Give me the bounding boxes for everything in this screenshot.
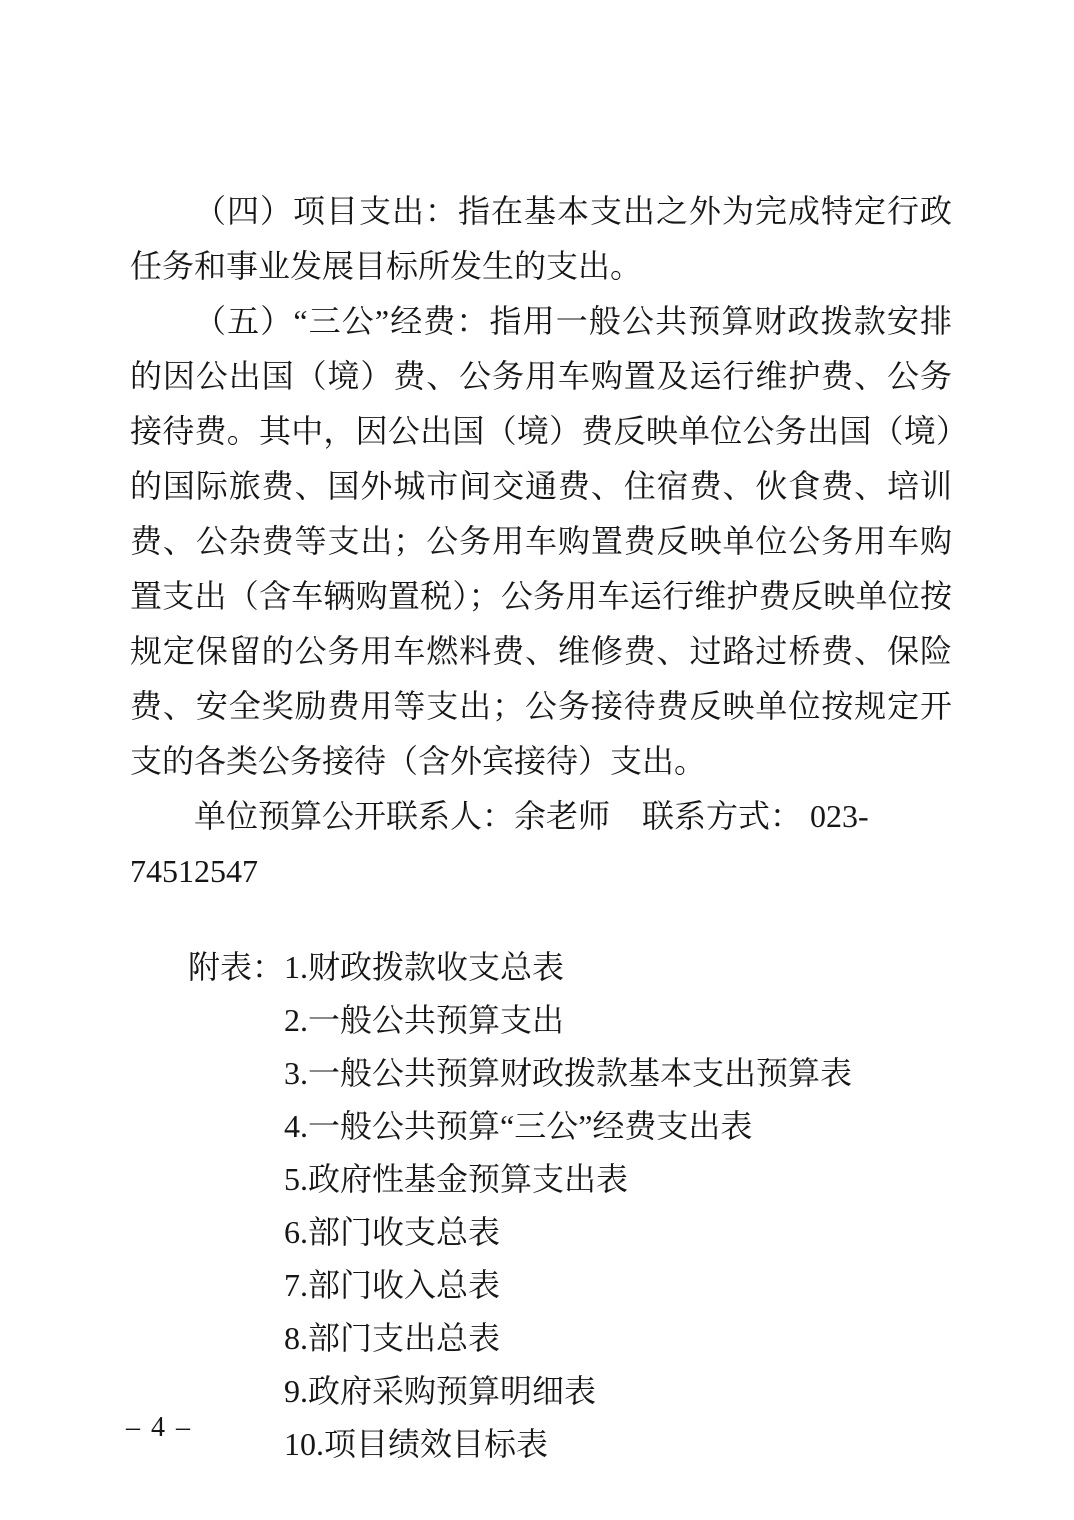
attachment-item: 2.一般公共预算支出 bbox=[284, 994, 952, 1047]
document-body: （四）项目支出：指在基本支出之外为完成特定行政任务和事业发展目标所发生的支出。 … bbox=[130, 184, 952, 1471]
attachment-item: 1.财政拨款收支总表 bbox=[284, 941, 952, 994]
attachment-items: 1.财政拨款收支总表 2.一般公共预算支出 3.一般公共预算财政拨款基本支出预算… bbox=[284, 941, 952, 1471]
paragraph-item-expenditure: （四）项目支出：指在基本支出之外为完成特定行政任务和事业发展目标所发生的支出。 bbox=[130, 184, 952, 294]
attachment-item: 5.政府性基金预算支出表 bbox=[284, 1153, 952, 1206]
attachment-item: 8.部门支出总表 bbox=[284, 1312, 952, 1365]
paragraph-three-public-funds: （五）“三公”经费：指用一般公共预算财政拨款安排的因公出国（境）费、公务用车购置… bbox=[130, 294, 952, 789]
attachment-item: 7.部门收入总表 bbox=[284, 1259, 952, 1312]
attachment-item: 9.政府采购预算明细表 bbox=[284, 1365, 952, 1418]
attachment-list: 附表： 1.财政拨款收支总表 2.一般公共预算支出 3.一般公共预算财政拨款基本… bbox=[188, 941, 952, 1471]
contact-line: 单位预算公开联系人：余老师 联系方式： 023-74512547 bbox=[130, 789, 952, 899]
attachment-item: 10.项目绩效目标表 bbox=[284, 1418, 952, 1471]
attachment-item: 4.一般公共预算“三公”经费支出表 bbox=[284, 1100, 952, 1153]
attachment-list-label: 附表： bbox=[188, 941, 284, 1471]
page-number: – 4 – bbox=[126, 1412, 192, 1444]
attachment-item: 6.部门收支总表 bbox=[284, 1206, 952, 1259]
attachment-item: 3.一般公共预算财政拨款基本支出预算表 bbox=[284, 1047, 952, 1100]
document-page: （四）项目支出：指在基本支出之外为完成特定行政任务和事业发展目标所发生的支出。 … bbox=[0, 0, 1074, 1520]
